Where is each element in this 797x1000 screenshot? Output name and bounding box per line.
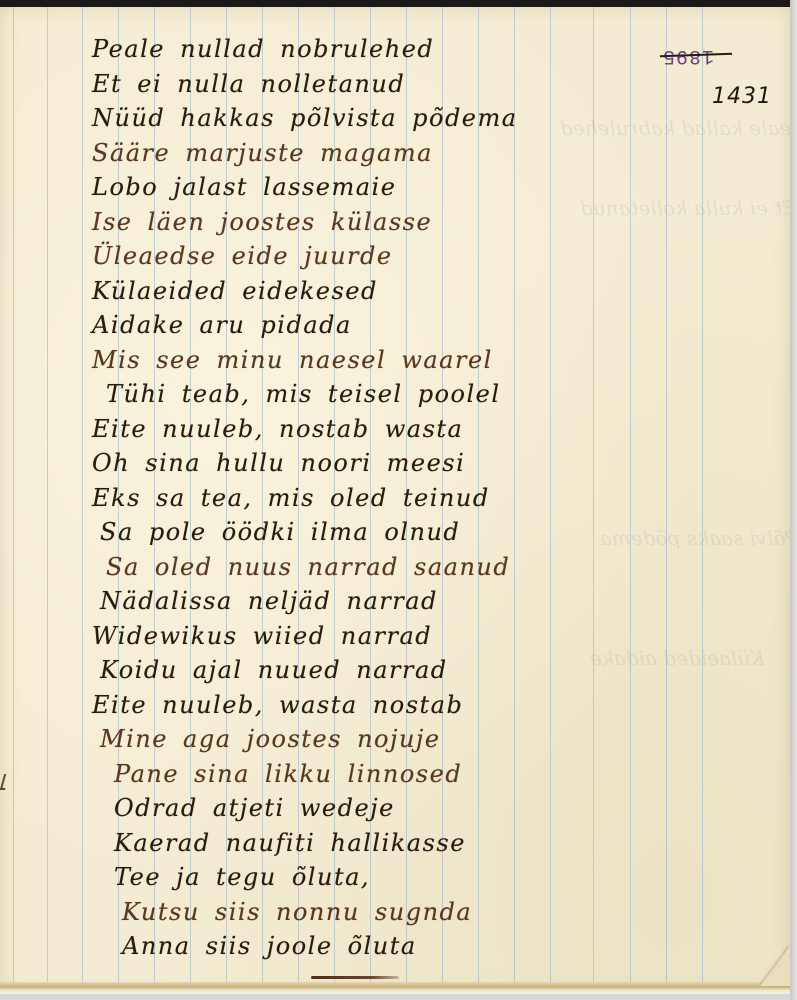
text-line: Eks sa tea, mis oled teinud	[92, 481, 612, 516]
text-line: Kaerad naufiti hallikasse	[92, 826, 612, 861]
text-line: Mine aga joostes nojuje	[92, 722, 612, 757]
scan-right-border	[790, 0, 797, 1000]
text-line: Anna siis joole õluta	[92, 929, 612, 964]
scan-top-border	[0, 0, 797, 7]
rule-line	[13, 6, 14, 994]
text-line: Widewikus wiied narrad	[92, 619, 612, 654]
text-line: Nüüd hakkas põlvista põdema	[92, 101, 612, 136]
text-line: Lobo jalast lassemaie	[92, 170, 612, 205]
text-line: Tühi teab, mis teisel poolel	[92, 377, 612, 412]
text-line: Mis see minu naesel waarel	[92, 343, 612, 378]
text-line: Et ei nulla nolletanud	[92, 67, 612, 102]
text-line: Aidake aru pidada	[92, 308, 612, 343]
text-line: Sääre marjuste magama	[92, 136, 612, 171]
text-line: Sa oled nuus narrad saanud	[92, 550, 612, 585]
rule-line	[82, 6, 83, 994]
text-line: Pane sina likku linnosed	[92, 757, 612, 792]
text-line: Eite nuuleb, nostab wasta	[92, 412, 612, 447]
text-line: Ise läen joostes külasse	[92, 205, 612, 240]
page-number: 1431	[712, 84, 772, 109]
text-line: Külaeided eidekesed	[92, 274, 612, 309]
manuscript-page: Peale kallad kabrulehed Et ei kulla koll…	[0, 6, 790, 994]
rule-line	[47, 6, 48, 994]
text-line: Oh sina hullu noori meesi	[92, 446, 612, 481]
text-line: Nädalissa neljäd narrad	[92, 584, 612, 619]
text-line: Üleaedse eide juurde	[92, 239, 612, 274]
text-line: Odrad atjeti wedeje	[92, 791, 612, 826]
margin-mark	[0, 774, 9, 790]
text-line: Koidu ajal nuued narrad	[92, 653, 612, 688]
dog-ear-corner	[760, 946, 790, 986]
poem-text: Peale nullad nobrulehed Et ei nulla noll…	[92, 32, 612, 964]
text-line: Kutsu siis nonnu sugnda	[92, 895, 612, 930]
page-bottom-edge	[0, 982, 790, 994]
rule-line	[666, 6, 667, 994]
text-line: Peale nullad nobrulehed	[92, 32, 612, 67]
bleed-through-text: Külaeided aidake	[590, 646, 765, 670]
end-flourish-line	[311, 976, 399, 979]
bleed-through-text: Põlvi saaks põdema	[600, 526, 790, 550]
rule-line	[630, 6, 631, 994]
rule-line	[702, 6, 703, 994]
text-line: Eite nuuleb, wasta nostab	[92, 688, 612, 723]
text-line: Tee ja tegu õluta,	[92, 860, 612, 895]
text-line: Sa pole öödki ilma olnud	[92, 515, 612, 550]
